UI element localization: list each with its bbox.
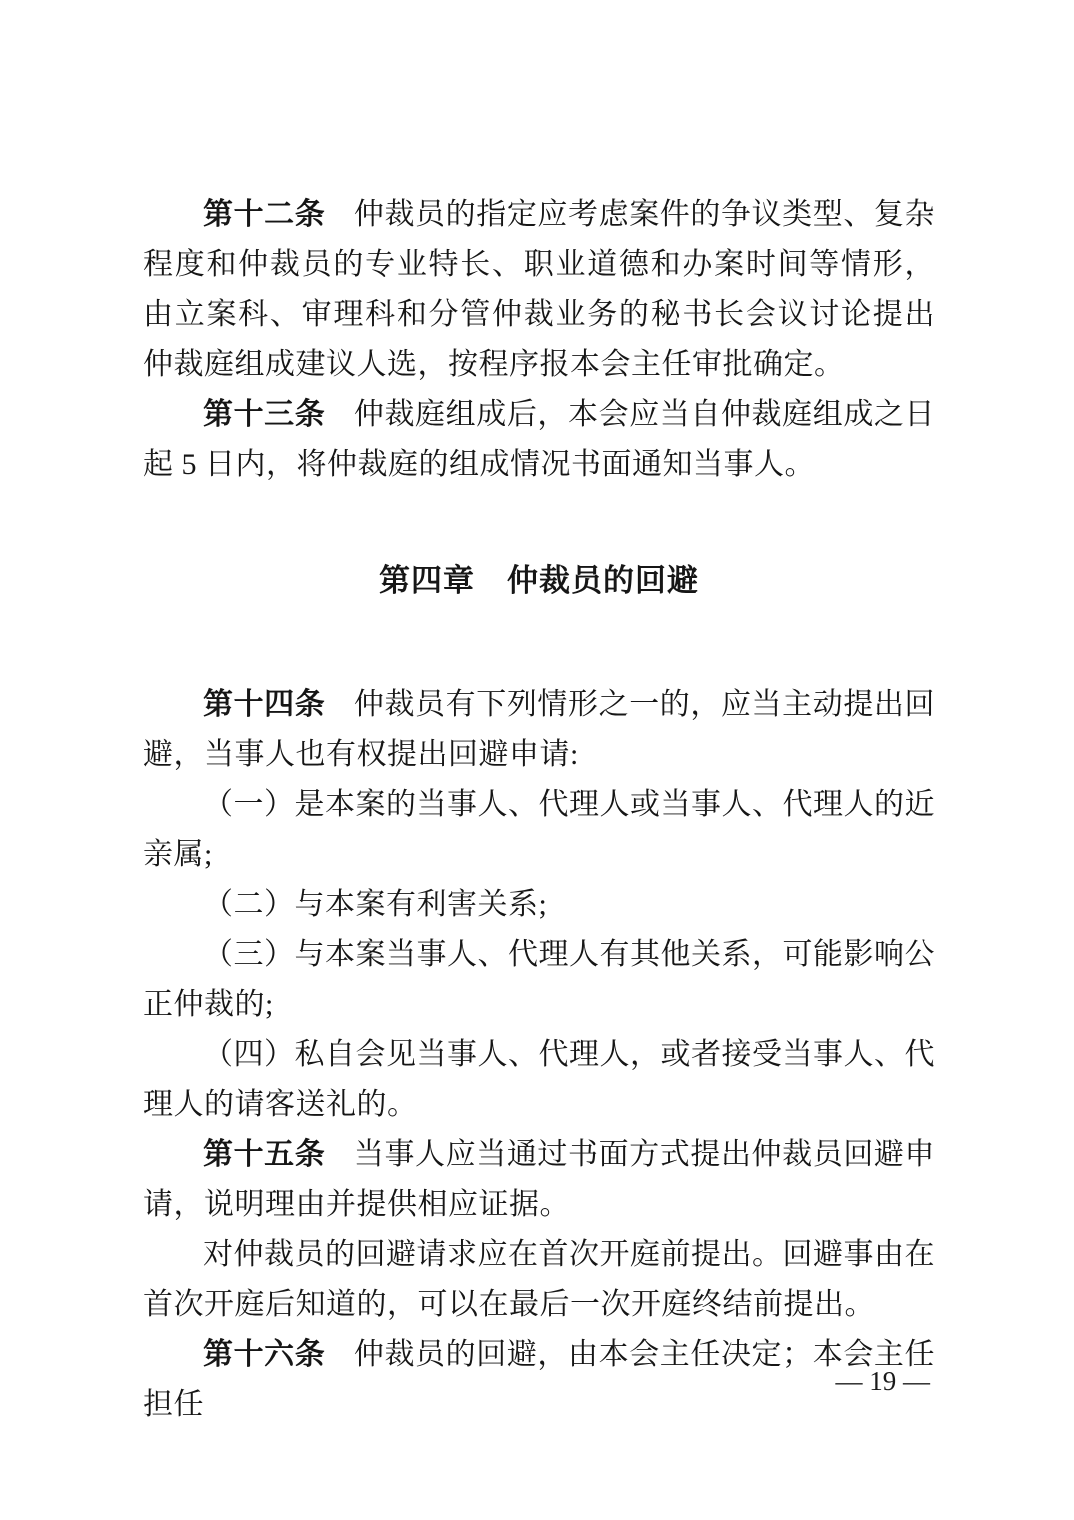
recusal-timing-text: 对仲裁员的回避请求应在首次开庭前提出。回避事由在首次开庭后知道的，可以在最后一次… (143, 1238, 935, 1321)
clause-item-4: （四）私自会见当事人、代理人，或者接受当事人、代理人的请客送礼的。 (143, 1030, 935, 1130)
article-14-label: 第十四条 (203, 688, 325, 721)
article-15-paragraph: 第十五条当事人应当通过书面方式提出仲裁员回避申请，说明理由并提供相应证据。 (143, 1130, 935, 1230)
clause-item-1: （一）是本案的当事人、代理人或当事人、代理人的近亲属; (143, 780, 935, 880)
recusal-timing-paragraph: 对仲裁员的回避请求应在首次开庭前提出。回避事由在首次开庭后知道的，可以在最后一次… (143, 1230, 935, 1330)
clause-item-4-text: （四）私自会见当事人、代理人，或者接受当事人、代理人的请客送礼的。 (143, 1038, 935, 1121)
article-12-paragraph: 第十二条仲裁员的指定应考虑案件的争议类型、复杂程度和仲裁员的专业特长、职业道德和… (143, 190, 935, 390)
clause-item-3: （三）与本案当事人、代理人有其他关系，可能影响公正仲裁的; (143, 930, 935, 1030)
clause-item-3-text: （三）与本案当事人、代理人有其他关系，可能影响公正仲裁的; (143, 938, 935, 1021)
clause-item-1-text: （一）是本案的当事人、代理人或当事人、代理人的近亲属; (143, 788, 935, 871)
article-15-label: 第十五条 (203, 1138, 325, 1171)
clause-item-2-text: （二）与本案有利害关系; (203, 888, 547, 921)
chapter-heading: 第四章 仲裁员的回避 (143, 556, 935, 606)
clause-item-2: （二）与本案有利害关系; (143, 880, 935, 930)
page-number: — 19 — (836, 1364, 931, 1398)
article-13-label: 第十三条 (203, 398, 325, 431)
article-16-label: 第十六条 (203, 1338, 325, 1371)
article-14-paragraph: 第十四条仲裁员有下列情形之一的，应当主动提出回避，当事人也有权提出回避申请: (143, 680, 935, 780)
document-page: 第十二条仲裁员的指定应考虑案件的争议类型、复杂程度和仲裁员的专业特长、职业道德和… (0, 0, 1074, 1520)
article-13-paragraph: 第十三条仲裁庭组成后，本会应当自仲裁庭组成之日起 5 日内，将仲裁庭的组成情况书… (143, 390, 935, 490)
article-12-label: 第十二条 (203, 198, 325, 231)
document-body: 第十二条仲裁员的指定应考虑案件的争议类型、复杂程度和仲裁员的专业特长、职业道德和… (143, 190, 935, 1430)
article-16-paragraph: 第十六条仲裁员的回避，由本会主任决定；本会主任担任 (143, 1330, 935, 1430)
